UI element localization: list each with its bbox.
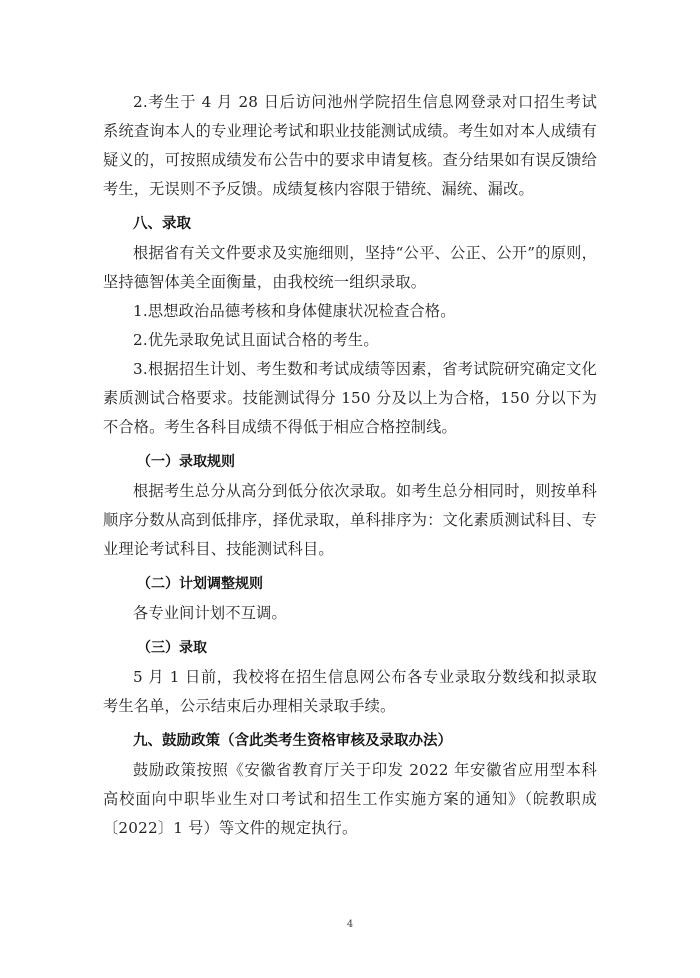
subheading-admission-rules: （一）录取规则 bbox=[103, 448, 597, 477]
heading-incentive-policy: 九、鼓励政策（含此类考生资格审核及录取办法） bbox=[103, 727, 597, 756]
paragraph-incentive-policy: 鼓励政策按照《安徽省教育厅关于印发 2022 年安徽省应用型本科高校面向中职毕业… bbox=[103, 756, 597, 843]
paragraph-plan-adjustment: 各专业间计划不互调。 bbox=[103, 599, 597, 628]
subheading-enrollment: （三）录取 bbox=[103, 634, 597, 663]
subheading-plan-adjustment: （二）计划调整规则 bbox=[103, 570, 597, 599]
paragraph-enrollment: 5 月 1 日前，我校将在招生信息网公布各专业录取分数线和拟录取考生名单，公示结… bbox=[103, 663, 597, 721]
paragraph-admission-rules: 根据考生总分从高分到低分依次录取。如考生总分相同时，则按单科顺序分数从高到低排序… bbox=[103, 477, 597, 564]
paragraph-requirement-3: 3.根据招生计划、考生数和考试成绩等因素，省考试院研究确定文化素质测试合格要求。… bbox=[103, 355, 597, 442]
paragraph-admission-principle: 根据省有关文件要求及实施细则，坚持“公平、公正、公开”的原则，坚持德智体美全面衡… bbox=[103, 239, 597, 297]
page-content: 2.考生于 4 月 28 日后访问池州学院招生信息网登录对口招生考试系统查询本人… bbox=[103, 88, 597, 843]
page-number: 4 bbox=[0, 919, 700, 930]
document-page: 2.考生于 4 月 28 日后访问池州学院招生信息网登录对口招生考试系统查询本人… bbox=[0, 0, 700, 978]
heading-admission: 八、录取 bbox=[103, 210, 597, 239]
paragraph-requirement-2: 2.优先录取免试且面试合格的考生。 bbox=[103, 326, 597, 355]
paragraph-score-query: 2.考生于 4 月 28 日后访问池州学院招生信息网登录对口招生考试系统查询本人… bbox=[103, 88, 597, 204]
paragraph-requirement-1: 1.思想政治品德考核和身体健康状况检查合格。 bbox=[103, 297, 597, 326]
